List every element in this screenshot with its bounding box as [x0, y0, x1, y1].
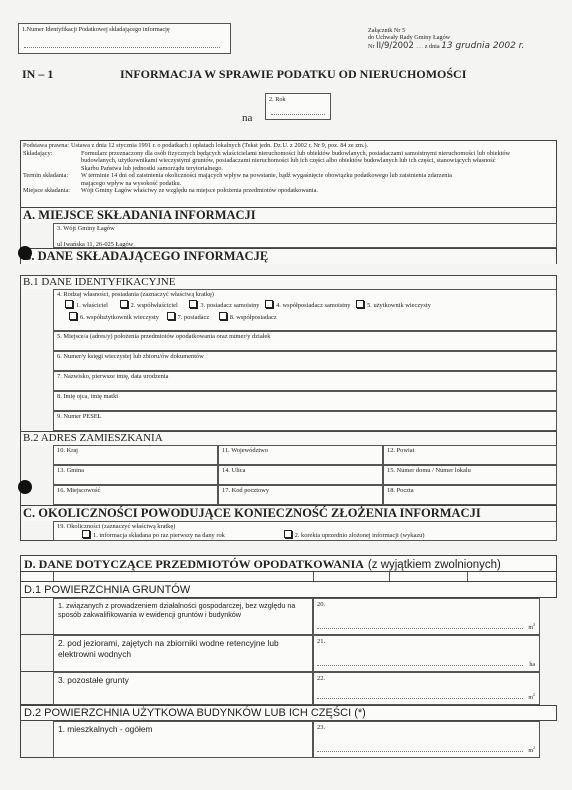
section-a-address: ul Iwańska 11, 26-025 Łagów [57, 241, 553, 248]
annex-line3: Nr II/9/2002 ..... z dnia 13 grudnia 200… [368, 41, 568, 52]
annex-nr-prefix: Nr [368, 43, 375, 50]
ownership-option[interactable]: 2. współwłaściciel [120, 302, 178, 309]
field-9-label: 9. Numer PESEL [57, 413, 553, 420]
year-label: 2. Rok [266, 94, 330, 105]
row-label: 1. mieszkalnych - ogółem [58, 724, 308, 735]
section-d-title-normal: (z wyjątkiem zwolnionych) [368, 559, 501, 571]
field-4-label: 4. Rodzaj własności, posiadania (zaznacz… [57, 291, 553, 298]
unit-label: ha [529, 662, 535, 668]
legal-row: Miejsce składania: Wójt Gminy Łagów właś… [23, 187, 554, 195]
section-a-leftcol [20, 223, 53, 248]
ownership-option[interactable]: 8. współposiadacz [219, 314, 277, 321]
address-field-label: 14. Ulica [222, 467, 379, 474]
field-19-label: 19. Okoliczności (zaznaczyć właściwą kra… [57, 523, 553, 530]
row-value-cell[interactable]: 22.m2 [313, 672, 540, 705]
checkbox-icon[interactable] [284, 530, 292, 538]
checkbox-icon[interactable] [265, 300, 273, 308]
form-title: INFORMACJA W SPRAWIE PODATKU OD NIERUCHO… [120, 67, 466, 82]
annex-line1: Załącznik Nr 5 [368, 27, 568, 34]
nip-box[interactable]: 1.Numer Identyfikacji Podatkowej składaj… [18, 23, 231, 54]
legal-basis-box: Podstawa prawna: Ustawa z dnia 12 styczn… [20, 140, 557, 207]
legal-text: W terminie 14 dni od zaistnienia okolicz… [81, 172, 554, 187]
field-6-label: 6. Numer/y księgi wieczystej lub zbioru/… [57, 353, 553, 360]
field-5-location[interactable]: 5. Miejsce/a (adres/y) położenia przedmi… [53, 331, 557, 351]
address-field[interactable]: 16. Miejscowość [53, 485, 218, 505]
row-field-number: 22. [317, 675, 536, 682]
field-8-label: 8. Imię ojca, imię matki [57, 393, 553, 400]
punch-hole [18, 480, 32, 494]
year-input-line[interactable] [271, 114, 325, 115]
section-b1-title: B.1 DANE IDENTYFIKACYJNE [20, 275, 557, 289]
section-b1-leftcol [20, 289, 53, 431]
section-a-title: A. MIEJSCE SKŁADANIA INFORMACJI [20, 207, 557, 223]
row-field-number: 23. [317, 724, 536, 731]
section-d-title: D. DANE DOTYCZĄCE PRZEDMIOTÓW OPODATKOWA… [20, 555, 557, 572]
address-field-label: 12. Powiat [387, 447, 553, 454]
section-b2-title: B.2 ADRES ZAMIESZKANIA [20, 431, 557, 445]
address-field[interactable]: 13. Gmina [53, 465, 218, 485]
legal-text: Formularz przeznaczony dla osób fizyczny… [81, 150, 554, 173]
form-code: IN – 1 [22, 67, 53, 82]
checkbox-icon[interactable] [356, 300, 364, 308]
legal-row: Podstawa prawna: Ustawa z dnia 12 styczn… [23, 142, 554, 150]
ownership-option[interactable]: 1. właściciel [65, 302, 108, 309]
legal-row: Termin składania: W terminie 14 dni od z… [23, 172, 554, 187]
row-field-number: 21. [317, 638, 536, 645]
year-box[interactable]: 2. Rok [265, 93, 331, 120]
annex-date-prefix: z dnia [425, 43, 440, 50]
unit-label: m2 [528, 692, 535, 701]
section-a-field-label: 3. Wójt Gminy Łagów [57, 225, 553, 232]
value-input-line[interactable] [317, 751, 523, 752]
row-field-number: 20. [317, 601, 536, 608]
field-19-circumstances: 19. Okoliczności (zaznaczyć właściwą kra… [53, 521, 557, 541]
ownership-option[interactable]: 7. posiadacz [167, 314, 210, 321]
value-input-line[interactable] [317, 628, 523, 629]
ownership-option[interactable]: 4. współposiadacz samoistny [265, 302, 350, 309]
ownership-option[interactable]: 5. użytkownik wieczysty [356, 302, 431, 309]
checkbox-icon[interactable] [120, 300, 128, 308]
row-label: 1. związanych z prowadzeniem działalnośc… [58, 601, 308, 620]
legal-row: Składający: Formularz przeznaczony dla o… [23, 150, 554, 173]
row-leftcol [20, 721, 53, 758]
field-9-pesel[interactable]: 9. Numer PESEL [53, 411, 557, 431]
unit-label: m2 [528, 622, 535, 631]
row-leftcol [20, 598, 53, 635]
year-prefix: na [242, 112, 252, 124]
legal-text: Ustawa z dnia 12 stycznia 1991 r. o poda… [69, 142, 368, 150]
field-5-label: 5. Miejsce/a (adres/y) położenia przedmi… [57, 333, 553, 340]
section-b-title: B. DANE SKŁADAJĄCEGO INFORMACJĘ [20, 248, 557, 264]
row-value-cell[interactable]: 20.m2 [313, 598, 540, 635]
nip-label: 1.Numer Identyfikacji Podatkowej składaj… [19, 24, 230, 35]
row-label-cell: 1. związanych z prowadzeniem działalnośc… [53, 598, 313, 635]
address-field[interactable]: 18. Poczta [383, 485, 557, 505]
section-c-leftcol [20, 521, 53, 541]
unit-label: m2 [528, 745, 535, 754]
value-input-line[interactable] [317, 698, 523, 699]
field-6-land-register[interactable]: 6. Numer/y księgi wieczystej lub zbioru/… [53, 351, 557, 371]
field-8-parents[interactable]: 8. Imię ojca, imię matki [53, 391, 557, 411]
field-7-name[interactable]: 7. Nazwisko, pierwsze imię, data urodzen… [53, 371, 557, 391]
address-field[interactable]: 17. Kod pocztowy [218, 485, 383, 505]
section-d1-title: D.1 POWIERZCHNIA GRUNTÓW [20, 582, 557, 598]
circumstance-option[interactable]: 2. korekta uprzednio złożonej informacji… [284, 532, 425, 539]
annex-line2: do Uchwały Rady Gminy Łagów [368, 34, 568, 41]
address-field[interactable]: 11. Województwo [218, 445, 383, 465]
value-input-line[interactable] [317, 665, 523, 666]
checkbox-icon[interactable] [167, 312, 175, 320]
ownership-option[interactable]: 3. posiadacz samoistny [189, 302, 259, 309]
row-leftcol [20, 635, 53, 672]
checkbox-icon[interactable] [65, 300, 73, 308]
annex-date-value: 13 grudnia 2002 r. [441, 41, 524, 51]
legal-label: Składający: [23, 150, 81, 173]
checkbox-icon[interactable] [82, 530, 90, 538]
section-a-field[interactable]: 3. Wójt Gminy Łagów ul Iwańska 11, 26-02… [53, 223, 557, 248]
legal-label: Podstawa prawna: [23, 142, 69, 150]
address-field-label: 17. Kod pocztowy [222, 487, 379, 494]
section-d-title-bold: D. DANE DOTYCZĄCE PRZEDMIOTÓW OPODATKOWA… [24, 557, 364, 571]
row-label-cell: 3. pozostałe grunty [53, 672, 313, 705]
section-d2-title: D.2 POWIERZCHNIA UŻYTKOWA BUDYNKÓW LUB I… [20, 705, 557, 721]
legal-label: Termin składania: [23, 172, 81, 187]
section-b2-leftcol [20, 445, 53, 505]
legal-label: Miejsce składania: [23, 187, 81, 195]
field-4-ownership: 4. Rodzaj własności, posiadania (zaznacz… [53, 289, 557, 331]
field-7-label: 7. Nazwisko, pierwsze imię, data urodzen… [57, 373, 553, 380]
checkbox-icon[interactable] [189, 300, 197, 308]
annex-info: Załącznik Nr 5 do Uchwały Rady Gminy Łag… [368, 27, 568, 52]
section-c-title: C. OKOLICZNOŚCI POWODUJĄCE KONIECZNOŚĆ Z… [20, 505, 557, 521]
section-d-spacer-row [20, 572, 557, 582]
address-field[interactable]: 10. Kraj [53, 445, 218, 465]
row-value-cell[interactable]: 23.m2 [313, 721, 540, 758]
row-label-cell: 2. pod jeziorami, zajętych na zbiorniki … [53, 635, 313, 672]
row-value-cell[interactable]: 21.ha [313, 635, 540, 672]
field-4-options-row1: 1. właściciel 2. współwłaściciel 3. posi… [57, 300, 553, 309]
address-field[interactable]: 14. Ulica [218, 465, 383, 485]
address-field-label: 18. Poczta [387, 487, 553, 494]
address-field-label: 16. Miejscowość [57, 487, 214, 494]
address-field[interactable]: 15. Numer domu / Numer lokalu [383, 465, 557, 485]
punch-hole [18, 246, 32, 260]
checkbox-icon[interactable] [219, 312, 227, 320]
field-19-options: 1. informacja składana po raz pierwszy n… [57, 530, 553, 539]
checkbox-icon[interactable] [69, 312, 77, 320]
row-label: 3. pozostałe grunty [58, 675, 308, 686]
legal-text: Wójt Gminy Łagów właściwy ze względu na … [81, 187, 318, 195]
row-label-cell: 1. mieszkalnych - ogółem [53, 721, 313, 758]
nip-input-line[interactable] [24, 47, 220, 48]
row-label: 2. pod jeziorami, zajętych na zbiorniki … [58, 638, 308, 660]
row-leftcol [20, 672, 53, 705]
address-field-label: 11. Województwo [222, 447, 379, 454]
address-field-label: 15. Numer domu / Numer lokalu [387, 467, 553, 474]
annex-nr-value: II/9/2002 [376, 41, 414, 51]
field-4-options-row2: 6. współużytkownik wieczysty 7. posiadac… [57, 312, 553, 321]
address-field-label: 13. Gmina [57, 467, 214, 474]
ownership-option[interactable]: 6. współużytkownik wieczysty [69, 314, 159, 321]
circumstance-option[interactable]: 1. informacja składana po raz pierwszy n… [82, 530, 282, 539]
address-field[interactable]: 12. Powiat [383, 445, 557, 465]
address-field-label: 10. Kraj [57, 447, 214, 454]
